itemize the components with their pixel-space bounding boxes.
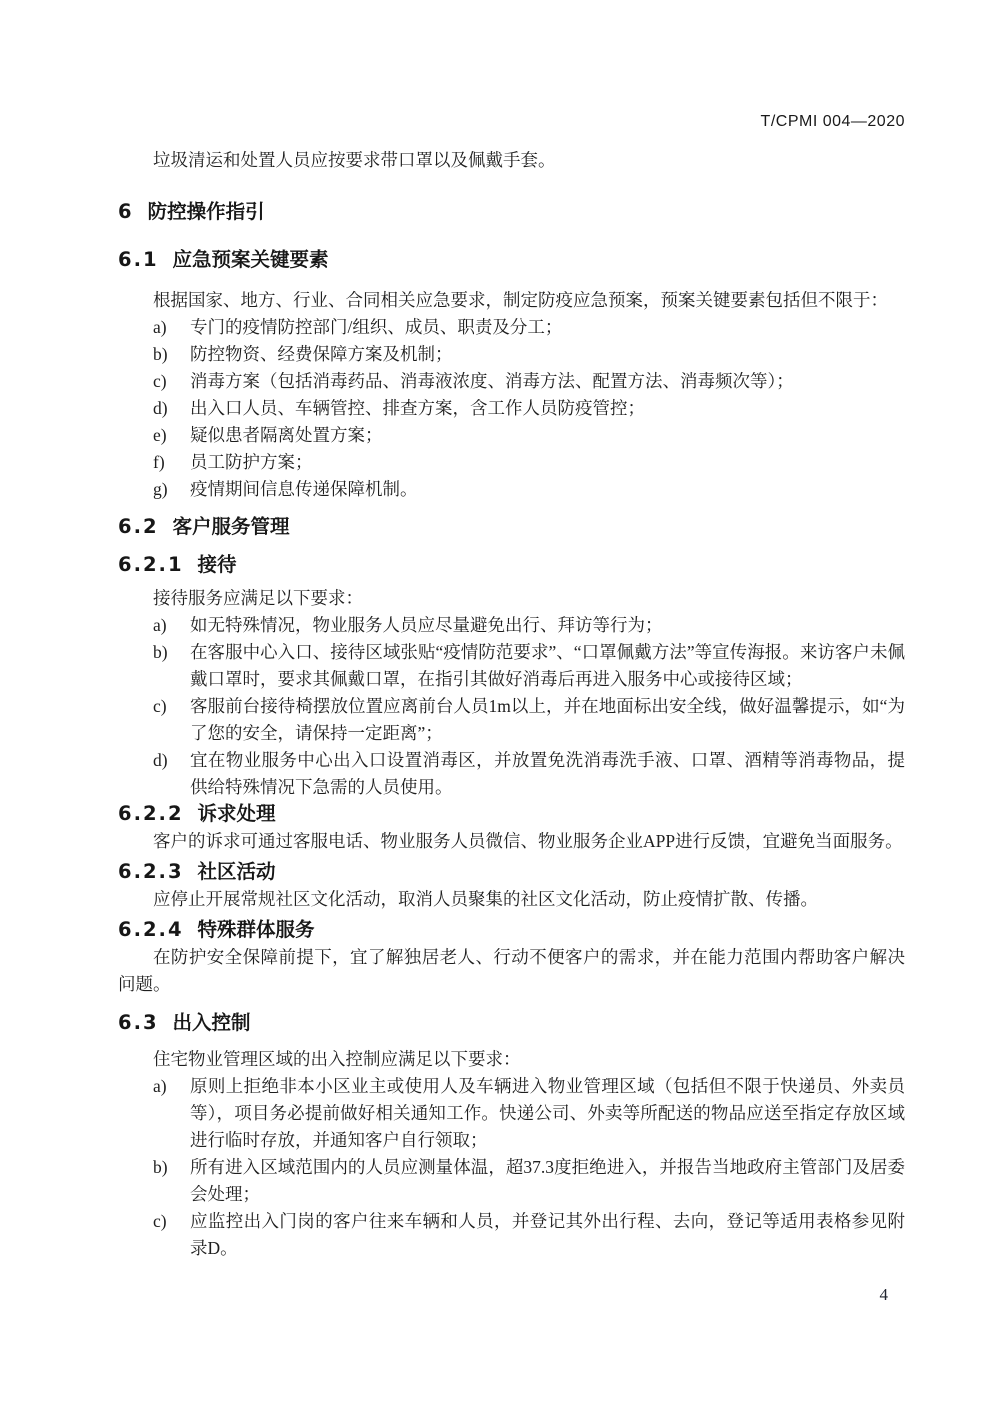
heading-title: 诉求处理 bbox=[198, 802, 276, 825]
page-number: 4 bbox=[880, 1285, 889, 1305]
list-item-label: d) bbox=[153, 395, 190, 422]
heading-title: 客户服务管理 bbox=[173, 515, 290, 538]
intro-paragraph: 垃圾清运和处置人员应按要求带口罩以及佩戴手套。 bbox=[118, 147, 905, 174]
heading-number: 6.2.1 bbox=[118, 553, 184, 576]
list-item-label: b) bbox=[153, 639, 190, 693]
page-content: T/CPMI 004—2020 垃圾清运和处置人员应按要求带口罩以及佩戴手套。 … bbox=[118, 112, 905, 1262]
heading-number: 6.2 bbox=[118, 515, 159, 538]
heading-number: 6.3 bbox=[118, 1011, 159, 1034]
list-item-text: 原则上拒绝非本小区业主或使用人及车辆进入物业管理区域（包括但不限于快递员、外卖员… bbox=[190, 1073, 905, 1154]
heading-title: 应急预案关键要素 bbox=[173, 248, 329, 271]
list-item: b)在客服中心入口、接待区域张贴“疫情防范要求”、“口罩佩戴方法”等宣传海报。来… bbox=[118, 639, 905, 693]
list-item-label: a) bbox=[153, 314, 190, 341]
list-item-text: 消毒方案（包括消毒药品、消毒液浓度、消毒方法、配置方法、消毒频次等）； bbox=[190, 368, 905, 395]
section-6-2-2-paragraph: 客户的诉求可通过客服电话、物业服务人员微信、物业服务企业APP进行反馈，宜避免当… bbox=[118, 828, 905, 855]
heading-section-6-2-4: 6.2.4特殊群体服务 bbox=[118, 919, 905, 941]
section-6-2-4-paragraph: 在防护安全保障前提下，宜了解独居老人、行动不便客户的需求，并在能力范围内帮助客户… bbox=[118, 944, 905, 998]
list-item: c)客服前台接待椅摆放位置应离前台人员1m以上，并在地面标出安全线，做好温馨提示… bbox=[118, 693, 905, 747]
section-6-3-lead: 住宅物业管理区域的出入控制应满足以下要求： bbox=[118, 1046, 905, 1073]
heading-section-6-2-2: 6.2.2诉求处理 bbox=[118, 803, 905, 825]
list-item-label: c) bbox=[153, 1208, 190, 1262]
list-item: a)如无特殊情况，物业服务人员应尽量避免出行、拜访等行为； bbox=[118, 612, 905, 639]
list-item: f)员工防护方案； bbox=[118, 449, 905, 476]
section-6-3-list: a)原则上拒绝非本小区业主或使用人及车辆进入物业管理区域（包括但不限于快递员、外… bbox=[118, 1073, 905, 1262]
heading-section-6-1: 6.1应急预案关键要素 bbox=[118, 249, 905, 271]
heading-section-6-2: 6.2客户服务管理 bbox=[118, 516, 905, 538]
heading-title: 出入控制 bbox=[173, 1011, 251, 1034]
list-item-text: 疑似患者隔离处置方案； bbox=[190, 422, 905, 449]
section-6-2-1-list: a)如无特殊情况，物业服务人员应尽量避免出行、拜访等行为； b)在客服中心入口、… bbox=[118, 612, 905, 801]
list-item: g)疫情期间信息传递保障机制。 bbox=[118, 476, 905, 503]
section-6-2-3-paragraph: 应停止开展常规社区文化活动，取消人员聚集的社区文化活动，防止疫情扩散、传播。 bbox=[118, 886, 905, 913]
list-item-label: a) bbox=[153, 612, 190, 639]
list-item-label: g) bbox=[153, 476, 190, 503]
document-page: T/CPMI 004—2020 垃圾清运和处置人员应按要求带口罩以及佩戴手套。 … bbox=[0, 0, 1000, 1414]
heading-number: 6.2.2 bbox=[118, 802, 184, 825]
list-item: c)消毒方案（包括消毒药品、消毒液浓度、消毒方法、配置方法、消毒频次等）； bbox=[118, 368, 905, 395]
heading-section-6-2-1: 6.2.1接待 bbox=[118, 554, 905, 576]
list-item: a)专门的疫情防控部门/组织、成员、职责及分工； bbox=[118, 314, 905, 341]
heading-section-6: 6防控操作指引 bbox=[118, 201, 905, 223]
list-item: e)疑似患者隔离处置方案； bbox=[118, 422, 905, 449]
list-item-text: 员工防护方案； bbox=[190, 449, 905, 476]
heading-number: 6.2.4 bbox=[118, 918, 184, 941]
list-item-text: 在客服中心入口、接待区域张贴“疫情防范要求”、“口罩佩戴方法”等宣传海报。来访客… bbox=[190, 639, 905, 693]
list-item: b)防控物资、经费保障方案及机制； bbox=[118, 341, 905, 368]
heading-section-6-2-3: 6.2.3社区活动 bbox=[118, 861, 905, 883]
list-item-text: 专门的疫情防控部门/组织、成员、职责及分工； bbox=[190, 314, 905, 341]
heading-title: 防控操作指引 bbox=[148, 200, 265, 223]
section-6-2-1-lead: 接待服务应满足以下要求： bbox=[118, 585, 905, 612]
list-item-text: 客服前台接待椅摆放位置应离前台人员1m以上，并在地面标出安全线，做好温馨提示，如… bbox=[190, 693, 905, 747]
list-item-label: d) bbox=[153, 747, 190, 801]
heading-number: 6.1 bbox=[118, 248, 159, 271]
heading-title: 社区活动 bbox=[198, 860, 276, 883]
heading-number: 6 bbox=[118, 200, 134, 223]
list-item-label: c) bbox=[153, 368, 190, 395]
heading-number: 6.2.3 bbox=[118, 860, 184, 883]
list-item-label: b) bbox=[153, 1154, 190, 1208]
list-item-text: 宜在物业服务中心出入口设置消毒区，并放置免洗消毒洗手液、口罩、酒精等消毒物品，提… bbox=[190, 747, 905, 801]
list-item-label: c) bbox=[153, 693, 190, 747]
list-item-text: 所有进入区域范围内的人员应测量体温，超37.3度拒绝进入，并报告当地政府主管部门… bbox=[190, 1154, 905, 1208]
list-item: d)出入口人员、车辆管控、排查方案，含工作人员防疫管控； bbox=[118, 395, 905, 422]
doc-code: T/CPMI 004—2020 bbox=[118, 112, 905, 132]
heading-title: 特殊群体服务 bbox=[198, 918, 315, 941]
list-item-text: 防控物资、经费保障方案及机制； bbox=[190, 341, 905, 368]
list-item-text: 应监控出入门岗的客户往来车辆和人员，并登记其外出行程、去向，登记等适用表格参见附… bbox=[190, 1208, 905, 1262]
heading-title: 接待 bbox=[198, 553, 237, 576]
list-item-text: 疫情期间信息传递保障机制。 bbox=[190, 476, 905, 503]
section-6-1-lead: 根据国家、地方、行业、合同相关应急要求，制定防疫应急预案，预案关键要素包括但不限… bbox=[118, 287, 905, 314]
heading-section-6-3: 6.3出入控制 bbox=[118, 1012, 905, 1034]
list-item: b)所有进入区域范围内的人员应测量体温，超37.3度拒绝进入，并报告当地政府主管… bbox=[118, 1154, 905, 1208]
section-6-1-list: a)专门的疫情防控部门/组织、成员、职责及分工； b)防控物资、经费保障方案及机… bbox=[118, 314, 905, 503]
list-item-label: b) bbox=[153, 341, 190, 368]
list-item: a)原则上拒绝非本小区业主或使用人及车辆进入物业管理区域（包括但不限于快递员、外… bbox=[118, 1073, 905, 1154]
list-item-label: a) bbox=[153, 1073, 190, 1154]
list-item-label: f) bbox=[153, 449, 190, 476]
list-item: c)应监控出入门岗的客户往来车辆和人员，并登记其外出行程、去向，登记等适用表格参… bbox=[118, 1208, 905, 1262]
list-item-text: 如无特殊情况，物业服务人员应尽量避免出行、拜访等行为； bbox=[190, 612, 905, 639]
list-item-label: e) bbox=[153, 422, 190, 449]
list-item: d)宜在物业服务中心出入口设置消毒区，并放置免洗消毒洗手液、口罩、酒精等消毒物品… bbox=[118, 747, 905, 801]
list-item-text: 出入口人员、车辆管控、排查方案，含工作人员防疫管控； bbox=[190, 395, 905, 422]
